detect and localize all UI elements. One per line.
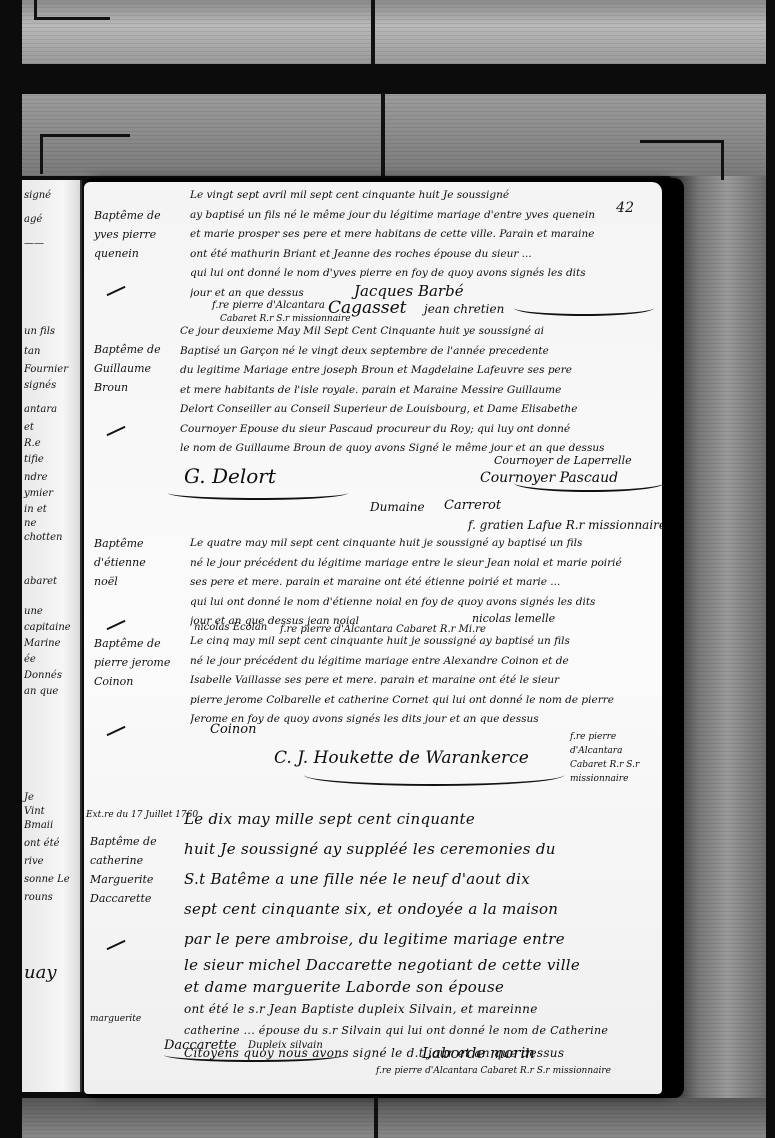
signature-flourish: [514, 300, 654, 316]
margin-note-line: quenein: [94, 244, 178, 263]
entry-3-text: Le quatre may mil sept cent cinquante hu…: [190, 534, 660, 632]
margin-dash: [107, 426, 126, 436]
entry-line: Cournoyer Epouse du sieur Pascaud procur…: [180, 420, 660, 440]
signature: f. gratien Lafue R.r missionnaire: [468, 518, 662, 532]
left-fragment-text: agé: [24, 214, 42, 225]
date-note: Ext.re du 17 Juillet 1760: [86, 810, 198, 820]
margin-note-line: pierre jerome: [94, 653, 178, 672]
left-fragment-text: ymier: [24, 488, 53, 499]
entry-line: qui lui ont donné le nom d'étienne noial…: [190, 593, 660, 613]
signature-flourish: [168, 486, 348, 500]
margin-note-line: Daccarette: [90, 889, 174, 908]
entry-line: Le dix may mille sept cent cinquante: [184, 804, 660, 834]
entry-line: S.t Batême a une fille née le neuf d'aou…: [184, 864, 660, 894]
left-page-fragment: signé agé —— un fils tan Fournier signés…: [22, 180, 82, 1092]
left-fragment-text: ont été: [24, 838, 60, 849]
margin-note-line: Coinon: [94, 672, 178, 691]
entry-line: ses pere et mere. parain et maraine ont …: [190, 573, 660, 593]
signature: Dumaine: [370, 500, 425, 514]
margin-note-line: Baptême de: [94, 206, 178, 225]
entry-line: Le quatre may mil sept cent cinquante hu…: [190, 534, 660, 554]
entry-2-text: Ce jour deuxieme May Mil Sept Cent Cinqu…: [180, 322, 660, 459]
signature: Cagasset: [328, 298, 407, 318]
left-fragment-text: an que: [24, 686, 58, 697]
left-fragment-text: capitaine: [24, 622, 71, 633]
microfilm-frame-top: [22, 0, 766, 64]
entry-line: et mere habitants de l'isle royale. para…: [180, 381, 660, 401]
margin-dash: [107, 940, 126, 950]
left-fragment-text: une: [24, 606, 43, 617]
left-fragment-text: Bmaii: [24, 820, 53, 831]
margin-note-line: catherine: [90, 851, 174, 870]
left-fragment-text: un fils: [24, 326, 55, 337]
side-note: marguerite: [90, 1014, 141, 1024]
entry-line: et marie prosper ses pere et mere habita…: [190, 225, 660, 245]
entry-line: Delort Conseiller au Conseil Superieur d…: [180, 400, 660, 420]
entry-line: qui lui ont donné le nom d'yves pierre e…: [190, 264, 660, 284]
left-fragment-text: et: [24, 422, 34, 433]
entry-line: catherine ... épouse du s.r Silvain qui …: [184, 1020, 660, 1042]
margin-dash: [107, 286, 126, 296]
entry-line: Ce jour deuxieme May Mil Sept Cent Cinqu…: [180, 322, 660, 342]
signature: f.re pierre d'Alcantara Cabaret R.r S.r …: [376, 1066, 611, 1076]
entry-line: Le cinq may mil sept cent cinquante huit…: [190, 632, 660, 652]
signature-flourish: [164, 1048, 344, 1062]
frame-divider: [381, 94, 385, 176]
margin-note-line: Baptême de: [90, 832, 174, 851]
margin-note-line: noël: [94, 572, 178, 591]
left-fragment-text: in et: [24, 504, 47, 515]
left-fragment-text: tifie: [24, 454, 44, 465]
margin-note-line: Baptême de: [94, 340, 178, 359]
margin-note-entry-2: Baptême de Guillaume Broun: [94, 340, 178, 397]
left-fragment-text: Je: [24, 792, 34, 803]
left-fragment-text: ——: [24, 238, 44, 249]
left-fragment-text: signé: [24, 190, 51, 201]
left-fragment-text: rive: [24, 856, 44, 867]
left-fragment-text: tan: [24, 346, 40, 357]
margin-note-line: Baptême: [94, 534, 178, 553]
left-fragment-text: signés: [24, 380, 56, 391]
left-fragment-text: rouns: [24, 892, 53, 903]
signature: Cournoyer de Laperrelle: [494, 454, 632, 467]
left-fragment-text: ne: [24, 518, 36, 529]
margin-note-line: yves pierre: [94, 225, 178, 244]
margin-note-line: Baptême de: [94, 634, 178, 653]
left-fragment-text: Marine: [24, 638, 61, 649]
signature: Coinon: [210, 722, 257, 737]
entry-line: ont été le s.r Jean Baptiste dupleix Sil…: [184, 998, 660, 1020]
left-fragment-text: Fournier: [24, 364, 68, 375]
signature: f.re pierre d'Alcantara Cabaret R.r S.r …: [570, 730, 650, 786]
frame-divider: [374, 1098, 378, 1138]
entry-line: ay baptisé un fils né le même jour du lé…: [190, 206, 660, 226]
signature: f.re pierre d'Alcantara: [212, 300, 325, 311]
left-fragment-text: abaret: [24, 576, 57, 587]
entry-line: Jerome en foy de quoy avons signés les d…: [190, 710, 660, 730]
margin-dash: [107, 726, 126, 736]
signature-flourish: [514, 474, 662, 492]
left-fragment-text: antara: [24, 404, 57, 415]
frame-corner-mark: [34, 0, 110, 20]
frame-corner-mark: [40, 134, 130, 174]
signature: jean chretien: [424, 302, 504, 316]
signature: Carrerot: [444, 498, 501, 513]
entry-line: né le jour précédent du légitime mariage…: [190, 652, 660, 672]
left-fragment-text: ée: [24, 654, 36, 665]
frame-divider: [371, 0, 375, 64]
entry-line: Le vingt sept avril mil sept cent cinqua…: [190, 186, 660, 206]
entry-line: huit Je soussigné ay suppléé les ceremon…: [184, 834, 660, 864]
microfilm-frame-right: [670, 176, 766, 1136]
margin-note-entry-4: Baptême de pierre jerome Coinon: [94, 634, 178, 691]
left-fragment-text: R.e: [24, 438, 41, 449]
entry-line: ont été mathurin Briant et Jeanne des ro…: [190, 245, 660, 265]
margin-note-entry-3: Baptême d'étienne noël: [94, 534, 178, 591]
left-fragment-text: uay: [24, 962, 57, 983]
microfilm-frame-bottom: [22, 1098, 766, 1138]
left-fragment-text: sonne Le: [24, 874, 70, 885]
margin-note-line: Guillaume: [94, 359, 178, 378]
entry-line: Isabelle Vaillasse ses pere et mere. par…: [190, 671, 660, 691]
margin-note-entry-1: Baptême de yves pierre quenein: [94, 206, 178, 263]
margin-dash: [107, 620, 126, 630]
left-fragment-text: Donnés: [24, 670, 62, 681]
entry-4-text: Le cinq may mil sept cent cinquante huit…: [190, 632, 660, 730]
left-fragment-text: chotten: [24, 532, 62, 543]
margin-note-line: d'étienne: [94, 553, 178, 572]
left-fragment-text: ndre: [24, 472, 48, 483]
entry-line: sept cent cinquante six, et ondoyée a la…: [184, 894, 660, 924]
frame-corner-mark: [640, 140, 724, 180]
signature-flourish: [304, 764, 564, 786]
entry-line: Baptisé un Garçon né le vingt deux septe…: [180, 342, 660, 362]
entry-line: du legitime Mariage entre joseph Broun e…: [180, 361, 660, 381]
entry-line: et dame marguerite Laborde son épouse: [184, 976, 660, 998]
left-fragment-text: Vint: [24, 806, 45, 817]
entry-line: par le pere ambroise, du legitime mariag…: [184, 924, 660, 954]
signature: Laborde morin: [422, 1044, 535, 1062]
register-page: 42 Baptême de yves pierre quenein Le vin…: [84, 182, 662, 1094]
entry-5-text: Le dix may mille sept cent cinquante hui…: [184, 804, 660, 1064]
entry-line: le sieur michel Daccarette negotiant de …: [184, 954, 660, 976]
margin-note-line: Marguerite: [90, 870, 174, 889]
margin-note-entry-5: Baptême de catherine Marguerite Daccaret…: [90, 832, 174, 908]
margin-note-line: Broun: [94, 378, 178, 397]
entry-line: né le jour précédent du légitime mariage…: [190, 554, 660, 574]
signature: G. Delort: [184, 464, 276, 488]
entry-line: pierre jerome Colbarelle et catherine Co…: [190, 691, 660, 711]
